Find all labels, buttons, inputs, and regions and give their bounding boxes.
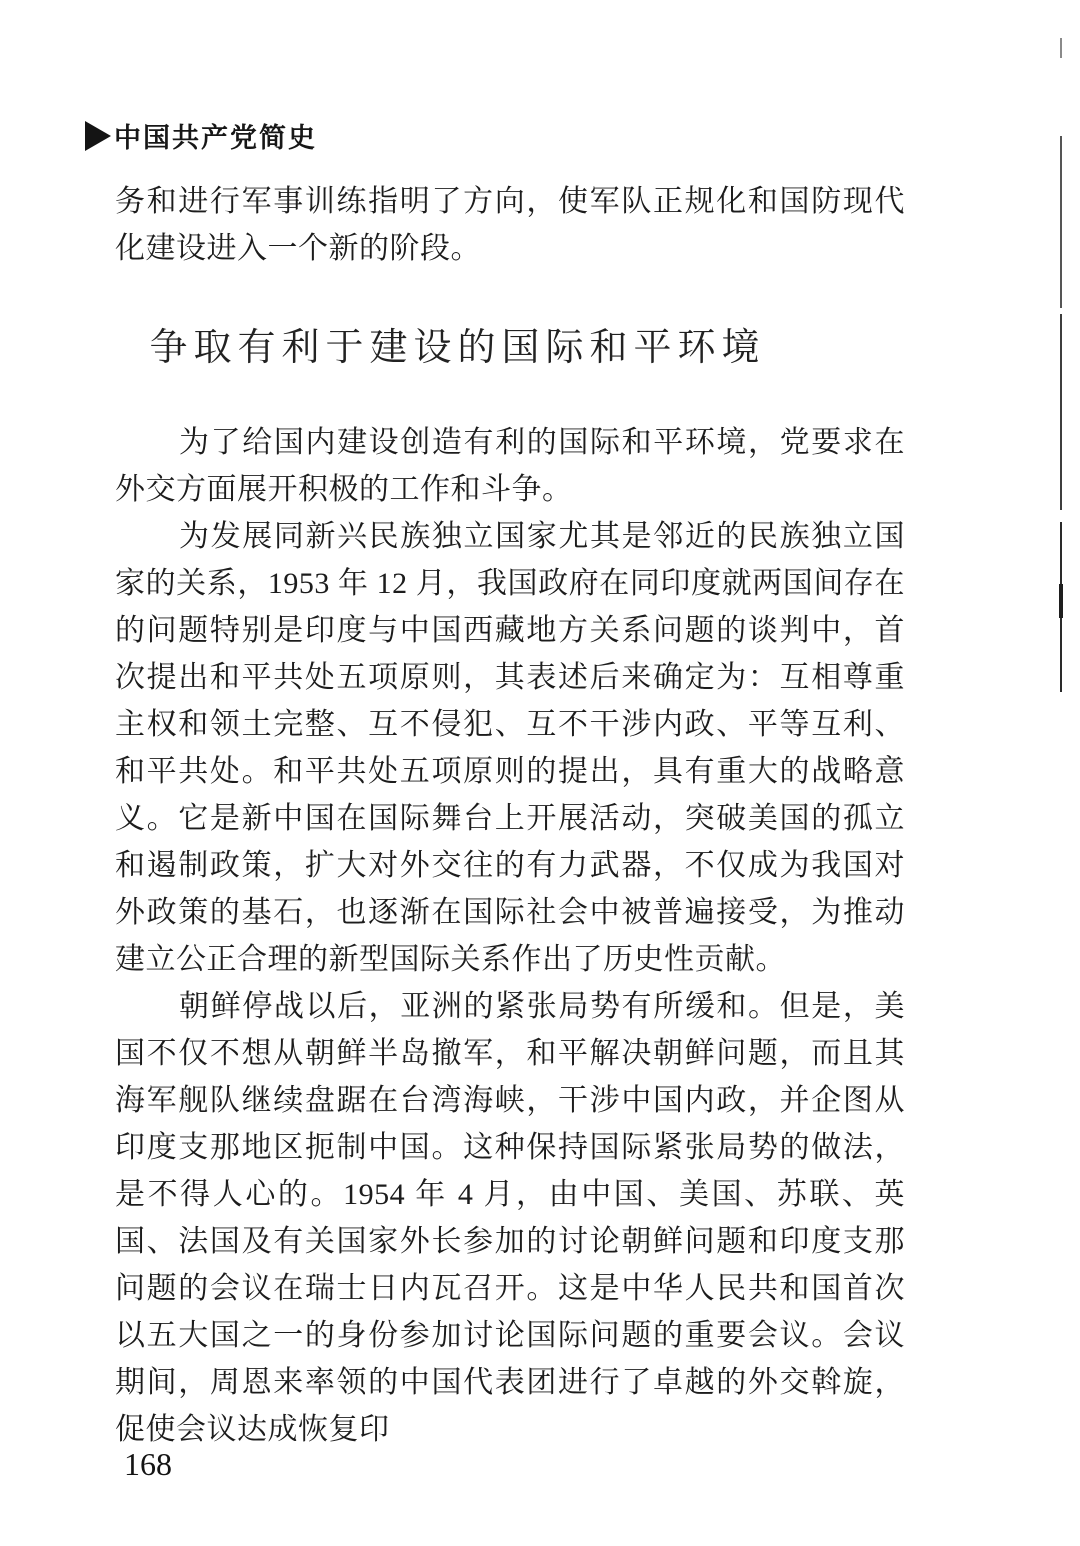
scan-artifact-line <box>1060 314 1062 510</box>
text-column: 务和进行军事训练指明了方向，使军队正规化和国防现代化建设进入一个新的阶段。 争取… <box>115 178 905 1453</box>
scan-artifact-line <box>1060 136 1062 308</box>
paragraph-five-principles: 为发展同新兴民族独立国家尤其是邻近的民族独立国家的关系，1953 年 12 月，… <box>115 513 905 983</box>
book-title: 中国共产党简史 <box>114 116 317 155</box>
section-heading: 争取有利于建设的国际和平环境 <box>115 324 905 372</box>
paragraph-geneva-conference: 朝鲜停战以后，亚洲的紧张局势有所缓和。但是，美国不仅不想从朝鲜半岛撤军，和平解决… <box>115 983 905 1453</box>
paragraph-military-training-conclusion: 务和进行军事训练指明了方向，使军队正规化和国防现代化建设进入一个新的阶段。 <box>115 178 905 272</box>
page-number: 168 <box>124 1446 172 1483</box>
right-triangle-icon <box>85 121 111 151</box>
book-page: 中国共产党简史 务和进行军事训练指明了方向，使军队正规化和国防现代化建设进入一个… <box>0 0 1080 1546</box>
running-header: 中国共产党简史 <box>85 116 317 155</box>
paragraph-diplomacy-intro: 为了给国内建设创造有利的国际和平环境，党要求在外交方面展开积极的工作和斗争。 <box>115 419 905 513</box>
scan-artifact-line <box>1060 38 1062 58</box>
scan-artifact-line <box>1059 584 1063 618</box>
